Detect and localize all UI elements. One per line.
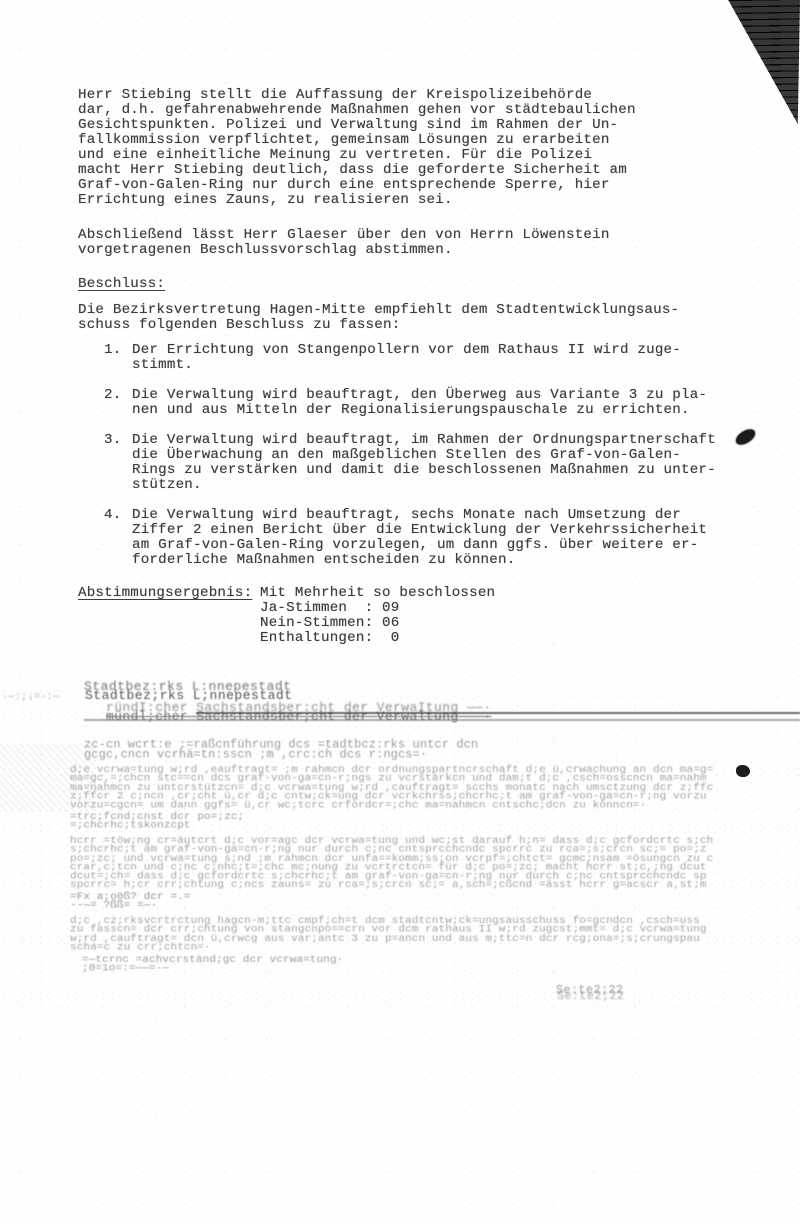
decision-item-3-number: 3. — [104, 433, 126, 448]
ghost-margin-smudge: ·—:;¡=·:— — [2, 692, 60, 703]
decision-item-4-number: 4. — [104, 508, 126, 523]
vote-results-label: Abstimmungsergebnis: — [78, 586, 252, 601]
scan-corner-artifact — [726, 0, 800, 124]
scanned-document-page: Herr Stiebing stellt die Auffassung der … — [0, 0, 800, 1221]
ghost-small-block-g1: =Fx a;o0ß? dcr =.= --—= ?ßß= =—· — [70, 893, 191, 911]
ghost-dense-band-f: hcrr =töw;ng cr=äutcrt d;c vor=agc dcr v… — [70, 837, 713, 891]
decision-item-1-text: Der Errichtung von Stangenpollern vor de… — [132, 343, 681, 373]
ghost-line-block-c: zc-cn wcrt:e ;=raßcnführung dcs =tadtbcz… — [84, 740, 478, 759]
decision-item-2-number: 2. — [104, 388, 126, 403]
beschluss-intro: Die Bezirksvertretung Hagen-Mitte empfie… — [78, 303, 679, 333]
paragraph-stiebing: Herr Stiebing stellt die Auffassung der … — [78, 88, 636, 208]
paragraph-abstimmen: Abschließend lässt Herr Glaeser über den… — [78, 228, 610, 258]
ghost-rule-lower — [84, 719, 800, 721]
decision-item-1-number: 1. — [104, 343, 126, 358]
ghost-small-block-e: =trc;fcnd;cnst dcr po=;zc; =;chcrhc;tsko… — [70, 813, 244, 831]
ghost-rule-upper — [196, 712, 800, 714]
ghost-dense-band-g2: d;c ,cz;rksvcrtrctung hagcn-m;ttc cmpf;c… — [70, 917, 707, 953]
ink-blob-upper — [733, 427, 757, 447]
ghost-dense-band-d: d;e vcrwa=tung w;rd ,eauftragt= ;m rahmc… — [70, 766, 713, 811]
vote-results-values: Mit Mehrheit so beschlossen Ja-Stimmen :… — [260, 586, 495, 646]
ink-blob-lower — [736, 765, 750, 777]
ghost-page-number-stamp: Se:te2;22 — [556, 984, 624, 997]
ghost-small-block-g3: =—tcrnc =achvcrständ;gc dcr vcrwa=tung· … — [82, 956, 343, 974]
decision-item-4-text: Die Verwaltung wird beauftragt, sechs Mo… — [132, 508, 707, 568]
decision-item-3-text: Die Verwaltung wird beauftragt, im Rahme… — [132, 433, 716, 493]
decision-item-2-text: Die Verwaltung wird beauftragt, den Über… — [132, 388, 707, 418]
beschluss-heading: Beschluss: — [78, 277, 165, 292]
